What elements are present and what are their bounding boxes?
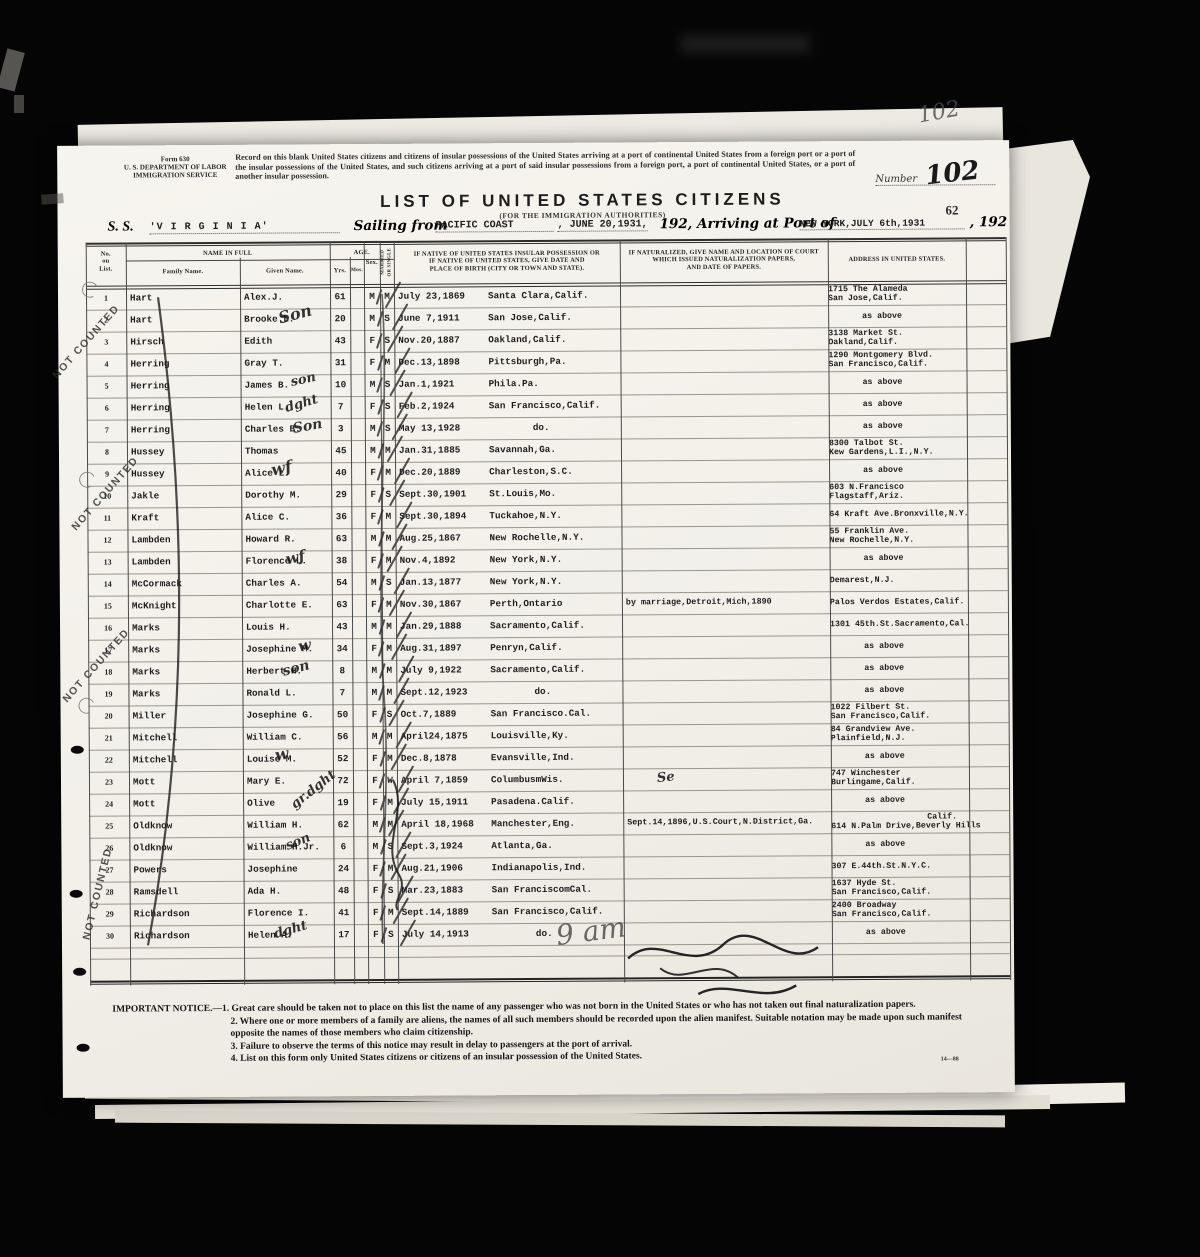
cell-birth-date: Nov.20,1887 [398,334,486,346]
cell-birth-place: San Francisco,Calif. [489,399,619,411]
cell-family: Richardson [134,930,244,942]
sheet-behind-bottom-4 [115,1111,1005,1128]
cell-birth-date: Oct.7,1889 [401,708,489,720]
table-row: 30RichardsonHelen A.17FSJuly 14,1913do.a… [90,920,1010,949]
sailing-date: , JUNE 20,1931, [558,219,648,232]
address-line: San Francisco,Calif. [832,909,970,919]
address-line: New Rochelle,N.Y. [829,535,967,545]
address-line: 1301 45th.St.Sacramento,Cal. [830,619,968,629]
cell-family: Hussey [131,446,241,458]
cell-address: 8300 Talbot St.Kew Gardens,L.I.,N.Y. [829,438,967,457]
cell-age-yrs: 48 [334,885,354,896]
cell-no: 8 [87,447,127,456]
cell-no: 22 [89,755,129,764]
cell-birth-place: Oakland,Calif. [488,333,618,345]
address-line: as above [828,311,966,321]
cell-birth-date: April 18,1968 [401,818,489,830]
cell-age-yrs: 20 [330,313,350,324]
passenger-table: No. on List. NAME IN FULL Family Name. G… [86,237,1011,987]
punch-dot-4 [77,1044,90,1052]
cell-family: Oldknow [133,842,243,854]
address-line: as above [830,685,968,695]
cell-given: James B. [245,379,331,391]
cell-no: 24 [89,799,129,808]
cell-birth-place: Charleston,S.C. [489,465,619,477]
cell-birth-place: do. [490,685,664,697]
address-line: 307 E.44th.St.N.Y.C. [831,861,969,871]
cell-address: as above [831,751,969,761]
address-line: San Francisco,Calif. [831,711,969,721]
cell-family: Lambden [132,556,242,568]
cell-no: 30 [90,931,130,940]
cell-age-yrs: 7 [331,401,351,412]
cell-no: 21 [89,733,129,742]
cell-address: as above [831,795,969,805]
cell-family: McCormack [132,578,242,590]
cell-birth-date: April 7,1859 [401,774,489,786]
cell-birth-place: Tuckahoe,N.Y. [489,509,619,521]
cell-address: as above [830,685,968,695]
address-line: 614 N.Palm Drive,Beverly Hills [831,821,969,831]
cell-birth-date: Sept.30,1894 [399,510,487,522]
cell-age-yrs: 50 [333,709,353,720]
address-line: as above [831,839,969,849]
cell-family: Mitchell [133,754,243,766]
important-notice: IMPORTANT NOTICE.—1. Great care should b… [112,998,972,1066]
cell-address: as above [829,421,967,431]
address-line: as above [829,421,967,431]
cell-birth-place: Santa Clara,Calif. [488,289,618,301]
cell-family: Ramsdell [134,886,244,898]
cell-address: 307 E.44th.St.N.Y.C. [831,861,969,871]
cell-address: 3138 Market St.Oakland,Calif. [828,328,966,347]
cell-address: 1637 Hyde St.San Francisco,Calif. [832,878,970,897]
cell-address: 55 Franklin Ave.New Rochelle,N.Y. [829,526,967,545]
form-instructions: Record on this blank United States citiz… [235,149,855,182]
cell-birth-place: Pasadena.Calif. [491,795,621,807]
cell-no: 4 [86,359,126,368]
cell-age-yrs: 56 [333,731,353,742]
cell-age-yrs: 45 [331,445,351,456]
address-line: Oakland,Calif. [828,337,966,347]
cell-age-yrs: 52 [333,753,353,764]
cell-birth-date: Dec.8,1878 [401,752,489,764]
cell-married-single: M [382,687,396,698]
address-line: Burlingame,Calif. [831,777,969,787]
cell-age-yrs: 24 [333,863,353,874]
arriving-port-date: NEW YORK,JULY 6th,1931 [800,217,965,230]
cell-family: Richardson [134,908,244,920]
cell-family: Herring [131,380,241,392]
cell-family: Hart [130,292,240,304]
cell-family: Marks [132,622,242,634]
cell-birth-place: Savannah,Ga. [489,443,619,455]
address-line: as above [829,377,967,387]
cell-address: as above [830,553,968,563]
cell-address: 64 Kraft Ave.Bronxville,N.Y. [829,509,967,519]
scanned-manifest-page: { "form": { "form_no": "Form 630", "agen… [0,0,1200,1257]
cell-birth-date: May 13,1928 [399,422,487,434]
cell-family: Mitchell [133,732,243,744]
address-line: Plainfield,N.J. [831,733,969,743]
cell-family: Mott [133,776,243,788]
cell-address: as above [831,839,969,849]
cell-family: Powers [133,864,243,876]
cell-no: 19 [88,689,128,698]
cell-age-yrs: 6 [333,841,353,852]
cell-age-yrs: 63 [332,599,352,610]
punch-dot-2 [70,890,83,898]
address-line: as above [830,641,968,651]
cell-birth-place: ColumbusmWis. [491,773,621,785]
cell-age-yrs: 29 [331,489,351,500]
cell-given: Charlotte E. [246,599,332,611]
cell-given: Josephine G. [247,709,333,721]
cell-birth-date: Mar.23,1883 [402,884,490,896]
cell-address: Calif.614 N.Palm Drive,Beverly Hills [831,812,969,831]
cell-birth-place: San Francisco.Cal. [491,707,621,719]
cell-address: as above [828,311,966,321]
cell-birth-place: Manchester,Eng. [491,817,621,829]
cell-birth-date: Jan.13,1877 [400,576,488,588]
cell-birth-date: Jan.31,1885 [399,444,487,456]
cell-address: 1301 45th.St.Sacramento,Cal. [830,619,968,629]
cell-family: Hirsch [130,336,240,348]
cell-given: Alex.J. [244,291,330,303]
cell-birth-date: Sept.30,1901 [399,488,487,500]
cell-no: 23 [89,777,129,786]
cell-birth-place: Atlanta,Ga. [491,839,621,851]
cell-birth-place: St.Louis,Mo. [489,487,619,499]
cell-family: Hart [130,314,240,326]
cell-age-yrs: 19 [333,797,353,808]
cell-birth-place: Sacramento,Calif. [490,663,620,675]
punch-dot-3 [73,968,86,976]
number-field: Number 102 [875,158,1005,186]
printer-code: 14—88 [941,1056,959,1062]
cell-family: Miller [133,710,243,722]
address-line: San Jose,Calif. [828,293,966,303]
punch-dot-1 [71,746,84,754]
cell-married-single: W [383,775,397,786]
cell-birth-date: July 9,1922 [400,664,488,676]
cell-given: William C. [247,731,333,743]
cell-no: 7 [87,425,127,434]
cell-given: Louis H. [246,621,332,633]
cell-family: Oldknow [133,820,243,832]
manifest-sheet: Form 630 U. S. DEPARTMENT OF LABOR IMMIG… [57,140,1015,1098]
cell-age-yrs: 3 [331,423,351,434]
cell-given: Gray T. [244,357,330,369]
cell-family: Jakle [131,490,241,502]
notice-label: IMPORTANT NOTICE.—1. [112,1004,229,1015]
cell-no: 5 [87,381,127,390]
cell-address: as above [829,377,967,387]
cell-married-single: S [381,423,395,434]
cell-address: 1290 Montgomery Blvd.San Francisco,Calif… [828,350,966,369]
cell-birth-date: July 14,1913 [402,928,490,940]
cell-age-yrs: 61 [330,291,350,302]
cell-birth-date: July 15,1911 [401,796,489,808]
cell-age-yrs: 8 [332,665,352,676]
cell-address: 84 Grandview Ave.Plainfield,N.J. [831,724,969,743]
cell-address: as above [830,641,968,651]
sailing-label: Sailing from [354,218,448,235]
number-value-handwritten: 102 [924,156,981,192]
address-line: San Francisco,Calif. [832,887,970,897]
cell-given: Josephine M. [246,643,332,655]
year-print-1: 192 [660,216,688,232]
cell-address: 1715 The AlamedaSan Jose,Calif. [828,284,966,303]
cell-family: Herring [130,358,240,370]
address-line: San Francisco,Calif. [828,359,966,369]
cell-birth-place: New Rochelle,N.Y. [489,531,619,543]
edge-sliver-1 [0,48,25,91]
agency-line2: IMMIGRATION SERVICE [105,171,245,180]
cell-birth-place: Pittsburgh,Pa. [488,355,618,367]
cell-birth-date: Feb.2,1924 [399,400,487,412]
cell-given: Edith [244,335,330,347]
cell-married-single: M [381,467,395,478]
cell-given: Ada H. [248,885,334,897]
cell-no: 6 [87,403,127,412]
cell-address: as above [832,927,970,937]
cell-given: Josephine [247,863,333,875]
corner-pencil-mark: ​ [1111,116,1114,129]
cell-birth-date: Aug.25,1867 [399,532,487,544]
cell-birth-place: San FranciscomCal. [492,883,622,895]
address-line: as above [831,751,969,761]
cell-age-yrs: 31 [330,357,350,368]
address-line: as above [831,795,969,805]
cell-birth-date: Sept.12,1923 [400,686,488,698]
cell-age-yrs: 38 [332,555,352,566]
cell-given: Charles A. [246,577,332,589]
cell-no: 15 [88,601,128,610]
cell-given: Ronald L. [246,687,332,699]
cell-address: Palos Verdos Estates,Calif. [830,597,968,607]
cell-address: as above [829,399,967,409]
cell-naturalization: by marriage,Detroit,Mich,1890 [626,596,826,607]
cell-birth-place: Perth,Ontario [490,597,620,609]
cell-given: Florence I. [248,907,334,919]
number-label: Number [875,174,917,185]
cell-family: Marks [132,688,242,700]
cell-birth-date: Jan.29,1888 [400,620,488,632]
ss-label: S. S. [108,219,134,235]
cell-family: Marks [132,666,242,678]
cell-birth-date: Jan.1,1921 [399,378,487,390]
cell-birth-date: July 23,1869 [398,290,486,302]
cell-birth-place: New York,N.Y. [490,553,620,565]
cell-birth-date: Dec.20,1889 [399,466,487,478]
cell-family: Kraft [131,512,241,524]
cell-given: Thomas [245,445,331,457]
cell-no: 12 [87,535,127,544]
handwritten-relationship-note: w [273,743,290,764]
address-line: as above [830,553,968,563]
cell-given: Howard R. [245,533,331,545]
cell-age-yrs: 62 [333,819,353,830]
cell-age-yrs: 36 [331,511,351,522]
cell-birth-date: June 7,1911 [398,312,486,324]
edge-sliver-2 [14,95,24,113]
cell-age-yrs: 17 [334,929,354,940]
cell-age-yrs: 63 [331,533,351,544]
table-body: 1HartAlex.J.61MMJuly 23,1869Santa Clara,… [86,237,1011,987]
cell-age-yrs: 43 [332,621,352,632]
sailing-port: PACIFIC COAST [436,220,554,233]
cell-given: Dorothy M. [245,489,331,501]
cell-address: 1022 Filbert St.San Francisco,Calif. [831,702,969,721]
address-line: Kew Gardens,L.I.,N.Y. [829,447,967,457]
address-line: Demarest,N.J. [830,575,968,585]
cell-birth-place: Indianapolis,Ind. [491,861,621,873]
cell-birth-date: April24,1875 [401,730,489,742]
cell-family: McKnight [132,600,242,612]
cell-family: Lambden [131,534,241,546]
cell-family: Mott [133,798,243,810]
cell-birth-date: Nov.30,1867 [400,598,488,610]
cell-given: William H. [247,819,333,831]
cell-family: Marks [132,644,242,656]
address-line: Flagstaff,Ariz. [829,491,967,501]
cell-birth-place: San Jose,Calif. [488,311,618,323]
cell-age-yrs: 7 [332,687,352,698]
cell-birth-date: Sept.14,1889 [402,906,490,918]
cell-age-yrs: 40 [331,467,351,478]
cell-address: as above [829,465,967,475]
cell-address: Demarest,N.J. [830,575,968,585]
cell-address: 603 N.FranciscoFlagstaff,Ariz. [829,482,967,501]
cell-birth-date: Aug.21,1906 [401,862,489,874]
cell-birth-date: Aug.31,1897 [400,642,488,654]
cell-birth-place: New York,N.Y. [490,575,620,587]
cell-address: 747 WinchesterBurlingame,Calif. [831,768,969,787]
cell-birth-place: Phila.Pa. [489,377,619,389]
cell-no: 25 [89,821,129,830]
cell-birth-date: Sept.3,1924 [401,840,489,852]
ship-name: 'V I R G I N I A' [150,221,340,234]
form-number-block: Form 630 U. S. DEPARTMENT OF LABOR IMMIG… [105,155,245,180]
cell-birth-place: Louisville,Ky. [491,729,621,741]
cell-no: 13 [88,557,128,566]
cell-age-yrs: 41 [334,907,354,918]
cell-birth-place: do. [489,421,663,433]
cell-family: Hussey [131,468,241,480]
cell-age-yrs: 10 [331,379,351,390]
edge-partial-stamp [41,193,64,205]
cell-birth-date: Nov.4,1892 [400,554,488,566]
year-print-2: , 192 [970,214,1008,230]
cell-family: Herring [131,402,241,414]
address-line: as above [832,927,970,937]
cell-no: 20 [89,711,129,720]
cell-naturalization: Sept.14,1896,U.S.Court,N.District,Ga. [627,816,827,827]
handwritten-relationship-note: Se [656,769,675,786]
cell-birth-place: Sacramento,Calif. [490,619,620,631]
cell-no: 14 [88,579,128,588]
cell-address: 2400 BroadwaySan Francisco,Calif. [832,900,970,919]
address-line: as above [830,663,968,673]
scan-smudge [680,36,810,52]
cell-age-yrs: 34 [332,643,352,654]
cell-birth-place: Evansville,Ind. [491,751,621,763]
cell-age-yrs: 43 [330,335,350,346]
cell-married-single: M [381,511,395,522]
cell-birth-place: Penryn,Calif. [490,641,620,653]
cell-address: as above [830,663,968,673]
cell-age-yrs: 54 [332,577,352,588]
address-line: as above [829,399,967,409]
cell-birth-date: Dec.13,1898 [398,356,486,368]
cell-given: Alice C. [245,511,331,523]
cell-married-single: M [383,731,397,742]
address-line: 64 Kraft Ave.Bronxville,N.Y. [829,509,967,519]
address-line: as above [829,465,967,475]
cell-family: Herring [131,424,241,436]
address-line: Palos Verdos Estates,Calif. [830,597,968,607]
